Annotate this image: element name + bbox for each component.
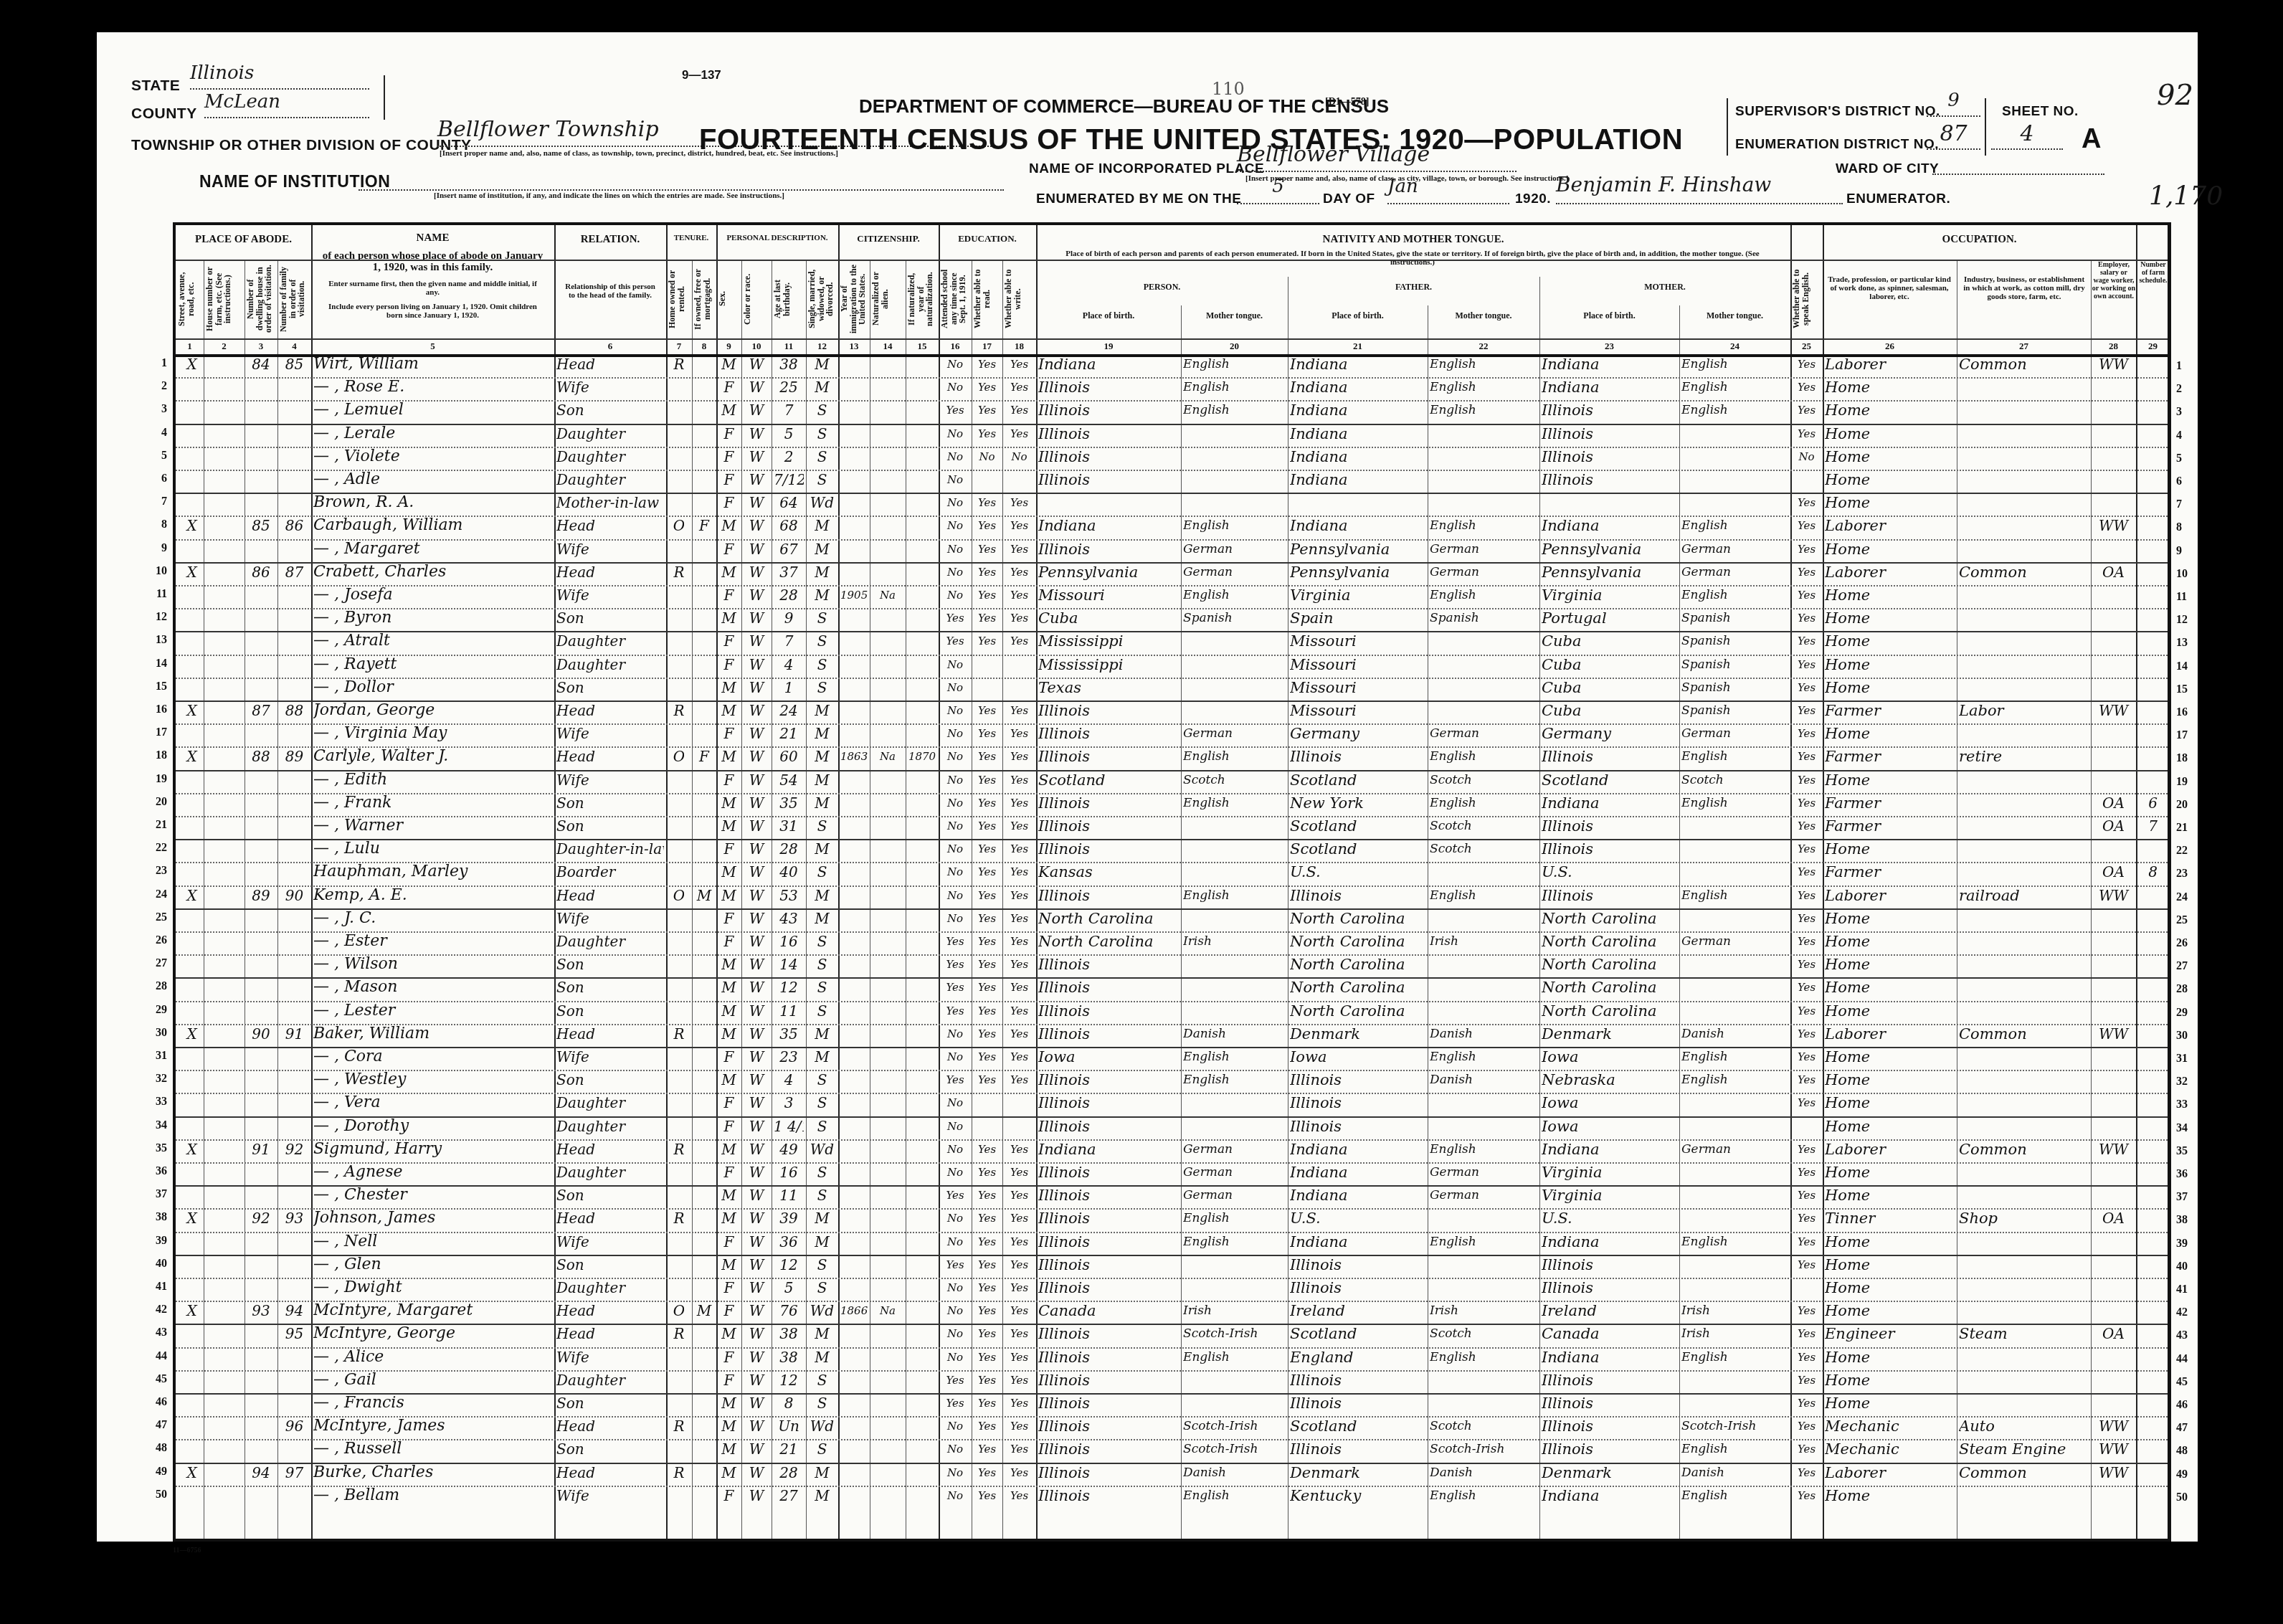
cell-natyr	[908, 491, 936, 514]
cell-ind	[1959, 653, 2089, 676]
cell-read: Yes	[974, 745, 1000, 768]
ward-value	[1932, 171, 2104, 175]
cell-pob: Iowa	[1038, 1045, 1179, 1068]
cell-mmt: Danish	[1681, 1461, 1788, 1484]
cell-family	[280, 815, 309, 837]
cell-race: W	[744, 1322, 769, 1345]
cell-occ: Home	[1825, 1045, 1955, 1068]
cell-age: 5	[774, 422, 804, 445]
cell-emp: WW	[2093, 514, 2134, 537]
cell-age: 37	[774, 561, 804, 584]
cell-eng: Yes	[1793, 1299, 1821, 1322]
cell-race: W	[744, 699, 769, 722]
cell-read: Yes	[974, 561, 1000, 584]
cell-age: 36	[774, 1230, 804, 1253]
cell-ms: M	[808, 837, 836, 860]
cell-sch: No	[941, 837, 969, 860]
cell-own	[668, 468, 690, 491]
cell-own	[668, 1068, 690, 1091]
cell-age: 23	[774, 1045, 804, 1068]
column-number: 2	[204, 341, 245, 352]
cell-sch: No	[941, 884, 969, 907]
cell-ind	[1959, 792, 2089, 815]
cell-ms: S	[808, 676, 836, 699]
cell-age: Un	[774, 1415, 804, 1438]
cell-mort	[694, 584, 714, 607]
cell-race: W	[744, 930, 769, 953]
cell-race: W	[744, 1068, 769, 1091]
cell-read: Yes	[974, 1346, 1000, 1369]
cell-imm	[840, 1253, 868, 1276]
cell-mort	[694, 1138, 714, 1161]
cell-pob: Canada	[1038, 1299, 1179, 1322]
cell-pob: Illinois	[1038, 1484, 1179, 1507]
cell-race: W	[744, 1484, 769, 1507]
cell-write: Yes	[1005, 1022, 1034, 1045]
cell-age: 12	[774, 976, 804, 999]
cell-sex: M	[718, 676, 739, 699]
cell-write: Yes	[1005, 1346, 1034, 1369]
cell-fmt: English	[1430, 745, 1537, 768]
cell-mpob: Illinois	[1542, 1253, 1677, 1276]
cell-fmt: English	[1430, 1230, 1537, 1253]
cell-family: 92	[280, 1138, 309, 1161]
cell-occ: Laborer	[1825, 1138, 1955, 1161]
column-divider	[1823, 225, 1824, 1539]
cell-emp	[2093, 399, 2134, 422]
cell-street	[180, 1115, 204, 1138]
cell-fmt: German	[1430, 1184, 1537, 1207]
cell-ms: M	[808, 884, 836, 907]
cell-eng: Yes	[1793, 1484, 1821, 1507]
cell-occ: Farmer	[1825, 745, 1955, 768]
cell-imm	[840, 630, 868, 652]
cell-age: 9	[774, 607, 804, 630]
header-nativity: NATIVITY AND MOTHER TONGUE.	[1036, 234, 1790, 246]
cell-farm	[2138, 607, 2168, 630]
cell-fpob: Illinois	[1290, 884, 1425, 907]
cell-nat	[872, 630, 903, 652]
cell-pob: Illinois	[1038, 1392, 1179, 1415]
cell-mmt: English	[1681, 1068, 1788, 1091]
cell-race: W	[744, 584, 769, 607]
cell-eng: Yes	[1793, 815, 1821, 837]
cell-name: — , Russell	[313, 1438, 552, 1461]
line-number-left: 3	[148, 403, 167, 416]
cell-fmt: Irish	[1430, 1299, 1537, 1322]
cell-imm	[840, 907, 868, 930]
cell-sex: F	[718, 1161, 739, 1184]
cell-sex: M	[718, 953, 739, 976]
cell-sex: F	[718, 1115, 739, 1138]
cell-natyr	[908, 1161, 936, 1184]
cell-farm	[2138, 1184, 2168, 1207]
cell-occ: Home	[1825, 976, 1955, 999]
cell-natyr	[908, 630, 936, 652]
cell-read: Yes	[974, 699, 1000, 722]
cell-pob: Illinois	[1038, 1415, 1179, 1438]
column-header-c7: Home owned or rented.	[668, 264, 690, 334]
cell-mmt: Spanish	[1681, 676, 1788, 699]
cell-ms: M	[808, 1045, 836, 1068]
cell-ms: M	[808, 514, 836, 537]
cell-street	[180, 422, 204, 445]
cell-dwelling	[247, 1276, 275, 1299]
cell-name: Carlyle, Walter J.	[313, 745, 552, 768]
cell-write: Yes	[1005, 722, 1034, 745]
cell-dwelling	[247, 676, 275, 699]
cell-family	[280, 1045, 309, 1068]
cell-ind	[1959, 584, 2089, 607]
cell-fmt: Danish	[1430, 1461, 1537, 1484]
cell-pob: Illinois	[1038, 1091, 1179, 1114]
cell-sex: F	[718, 1230, 739, 1253]
cell-age: 35	[774, 792, 804, 815]
line-number-right: 36	[2176, 1168, 2188, 1181]
cell-sex: M	[718, 792, 739, 815]
cell-nat	[872, 1484, 903, 1507]
cell-eng	[1793, 1276, 1821, 1299]
cell-mpob: North Carolina	[1542, 976, 1677, 999]
cell-dwelling	[247, 722, 275, 745]
enumerator-name: Benjamin F. Hinshaw	[1556, 173, 1843, 204]
cell-nat	[872, 1392, 903, 1415]
cell-dwelling	[247, 792, 275, 815]
cell-pob: Illinois	[1038, 999, 1179, 1022]
cell-ms: S	[808, 1392, 836, 1415]
cell-name: Burke, Charles	[313, 1461, 552, 1484]
cell-emp	[2093, 1184, 2134, 1207]
cell-sch: No	[941, 376, 969, 399]
cell-fpob: Illinois	[1290, 1091, 1425, 1114]
cell-rel: Son	[556, 1392, 664, 1415]
line-number-right: 22	[2176, 845, 2188, 858]
cell-race: W	[744, 676, 769, 699]
cell-street: X	[180, 561, 204, 584]
cell-mpob: Illinois	[1542, 884, 1677, 907]
cell-ind: Common	[1959, 1022, 2089, 1045]
cell-eng: Yes	[1793, 1161, 1821, 1184]
cell-sch: No	[941, 1207, 969, 1230]
cell-dwelling	[247, 630, 275, 652]
cell-pob: Illinois	[1038, 1346, 1179, 1369]
cell-race: W	[744, 1369, 769, 1392]
cell-name: — , Atralt	[313, 630, 552, 652]
cell-age: 40	[774, 860, 804, 883]
line-number-left: 16	[148, 703, 167, 716]
cell-mort	[694, 1415, 714, 1438]
column-number: 12	[806, 341, 838, 352]
cell-race: W	[744, 1138, 769, 1161]
cell-write	[1005, 1091, 1034, 1114]
cell-read: Yes	[974, 514, 1000, 537]
cell-fmt	[1430, 445, 1537, 468]
cell-name: — , Byron	[313, 607, 552, 630]
cell-fmt: English	[1430, 353, 1537, 376]
cell-mort	[694, 1045, 714, 1068]
cell-mort	[694, 999, 714, 1022]
cell-mt: English	[1183, 1230, 1286, 1253]
cell-emp: WW	[2093, 699, 2134, 722]
cell-ind	[1959, 860, 2089, 883]
cell-ms: M	[808, 1207, 836, 1230]
cell-fpob: Indiana	[1290, 1161, 1425, 1184]
cell-read: Yes	[974, 422, 1000, 445]
cell-mpob: Cuba	[1542, 699, 1677, 722]
cell-pob: Illinois	[1038, 699, 1179, 722]
cell-emp	[2093, 1484, 2134, 1507]
cell-eng: Yes	[1793, 907, 1821, 930]
cell-natyr	[908, 538, 936, 561]
cell-rel: Son	[556, 815, 664, 837]
cell-rel: Son	[556, 1253, 664, 1276]
cell-rel: Daughter	[556, 1276, 664, 1299]
header-name: NAME of each person whose place of abode…	[311, 232, 554, 320]
cell-dwelling	[247, 376, 275, 399]
cell-sch: No	[941, 491, 969, 514]
cell-pob: Illinois	[1038, 1022, 1179, 1045]
cell-mort	[694, 422, 714, 445]
cell-occ: Home	[1825, 491, 1955, 514]
cell-mmt: English	[1681, 1484, 1788, 1507]
cell-occ: Home	[1825, 930, 1955, 953]
cell-sex: F	[718, 1369, 739, 1392]
cell-write: Yes	[1005, 884, 1034, 907]
cell-mort	[694, 976, 714, 999]
cell-dwelling: 91	[247, 1138, 275, 1161]
cell-own: R	[668, 561, 690, 584]
header-tenure: TENURE.	[666, 234, 716, 242]
cell-occ: Home	[1825, 584, 1955, 607]
cell-mpob: Illinois	[1542, 1438, 1677, 1461]
cell-mort	[694, 653, 714, 676]
cell-emp: WW	[2093, 1415, 2134, 1438]
cell-own	[668, 1115, 690, 1138]
cell-occ: Home	[1825, 1392, 1955, 1415]
cell-natyr	[908, 561, 936, 584]
column-number: 5	[311, 341, 554, 352]
column-number: 4	[277, 341, 311, 352]
cell-fpob: Pennsylvania	[1290, 538, 1425, 561]
cell-mt: English	[1183, 353, 1286, 376]
cell-write: Yes	[1005, 769, 1034, 792]
cell-mt: Danish	[1183, 1022, 1286, 1045]
cell-imm: 1905	[840, 584, 868, 607]
cell-emp	[2093, 676, 2134, 699]
cell-own: R	[668, 1138, 690, 1161]
cell-fmt: English	[1430, 1138, 1537, 1161]
cell-write: Yes	[1005, 860, 1034, 883]
cell-write: Yes	[1005, 538, 1034, 561]
cell-fpob: Indiana	[1290, 399, 1425, 422]
cell-mmt: English	[1681, 745, 1788, 768]
cell-age: 8	[774, 1392, 804, 1415]
cell-mpob: Virginia	[1542, 584, 1677, 607]
cell-ind	[1959, 837, 2089, 860]
cell-family	[280, 837, 309, 860]
cell-name: — , Dollor	[313, 676, 552, 699]
cell-ind	[1959, 491, 2089, 514]
cell-ms: M	[808, 745, 836, 768]
column-number: 25	[1790, 341, 1823, 352]
cell-farm	[2138, 445, 2168, 468]
cell-natyr	[908, 1392, 936, 1415]
cell-age: 28	[774, 837, 804, 860]
cell-street	[180, 468, 204, 491]
cell-fmt: English	[1430, 792, 1537, 815]
cell-ms: M	[808, 1346, 836, 1369]
cell-eng: Yes	[1793, 930, 1821, 953]
cell-write: Yes	[1005, 1276, 1034, 1299]
cell-dwelling	[247, 860, 275, 883]
cell-sex: M	[718, 815, 739, 837]
cell-dwelling: 92	[247, 1207, 275, 1230]
line-number-left: 35	[148, 1142, 167, 1155]
header-name-desc: of each person whose place of abode on J…	[321, 250, 544, 274]
cell-farm	[2138, 584, 2168, 607]
cell-write: Yes	[1005, 1369, 1034, 1392]
cell-imm	[840, 1161, 868, 1184]
cell-write: Yes	[1005, 699, 1034, 722]
cell-ind	[1959, 930, 2089, 953]
cell-mpob: Germany	[1542, 722, 1677, 745]
cell-emp	[2093, 1115, 2134, 1138]
cell-read: Yes	[974, 1392, 1000, 1415]
line-number-right: 50	[2176, 1491, 2188, 1504]
cell-mt: German	[1183, 1161, 1286, 1184]
cell-imm	[840, 1484, 868, 1507]
cell-emp: OA	[2093, 792, 2134, 815]
cell-sex: M	[718, 1184, 739, 1207]
cell-farm	[2138, 953, 2168, 976]
cell-imm	[840, 815, 868, 837]
cell-sex: F	[718, 722, 739, 745]
cell-sex: F	[718, 468, 739, 491]
column-header-c16: Attended school any time since Sept. 1, …	[940, 264, 970, 334]
cell-ms: S	[808, 1276, 836, 1299]
cell-mort: F	[694, 745, 714, 768]
cell-farm	[2138, 1068, 2168, 1091]
cell-emp	[2093, 1091, 2134, 1114]
cell-nat	[872, 1022, 903, 1045]
cell-ind	[1959, 769, 2089, 792]
cell-pob: Scotland	[1038, 769, 1179, 792]
cell-dwelling	[247, 1045, 275, 1068]
corner-annotation: 92	[2157, 79, 2193, 112]
cell-nat	[872, 422, 903, 445]
cell-street	[180, 653, 204, 676]
cell-street	[180, 769, 204, 792]
cell-race: W	[744, 468, 769, 491]
cell-sch: No	[941, 1484, 969, 1507]
cell-pob: Indiana	[1038, 353, 1179, 376]
cell-nat	[872, 1115, 903, 1138]
cell-mort: F	[694, 514, 714, 537]
form-code: [D1—578]	[1325, 97, 1369, 108]
day-of-label: DAY OF	[1323, 191, 1375, 207]
cell-mmt: Spanish	[1681, 630, 1788, 652]
cell-mt: Scotch	[1183, 769, 1286, 792]
cell-ind	[1959, 1068, 2089, 1091]
column-number: 26	[1823, 341, 1957, 352]
cell-name: McIntyre, George	[313, 1322, 552, 1345]
cell-family	[280, 584, 309, 607]
cell-fpob: Virginia	[1290, 584, 1425, 607]
line-number-right: 42	[2176, 1306, 2188, 1319]
line-number-right: 35	[2176, 1145, 2188, 1158]
cell-ms: S	[808, 1369, 836, 1392]
line-number-right: 23	[2176, 868, 2188, 880]
cell-fmt	[1430, 1369, 1537, 1392]
cell-fpob: Illinois	[1290, 745, 1425, 768]
cell-name: — , Lulu	[313, 837, 552, 860]
cell-read: Yes	[974, 930, 1000, 953]
line-number-left: 31	[148, 1050, 167, 1063]
cell-eng: Yes	[1793, 1068, 1821, 1091]
cell-own: O	[668, 884, 690, 907]
cell-sex: F	[718, 422, 739, 445]
line-number-right: 20	[2176, 799, 2188, 812]
cell-natyr	[908, 1438, 936, 1461]
cell-fmt: Scotch	[1430, 1415, 1537, 1438]
cell-sex: M	[718, 860, 739, 883]
cell-farm	[2138, 1438, 2168, 1461]
line-number-left: 32	[148, 1073, 167, 1086]
header-person-pob: Place of birth.	[1036, 311, 1181, 320]
line-number-left: 28	[148, 980, 167, 993]
cell-farm	[2138, 1299, 2168, 1322]
cell-pob: Illinois	[1038, 1230, 1179, 1253]
cell-occ: Laborer	[1825, 1022, 1955, 1045]
cell-write: Yes	[1005, 792, 1034, 815]
line-number-right: 11	[2176, 591, 2187, 604]
column-header-c1: Street, avenue, road, etc.	[177, 264, 202, 334]
cell-mt: English	[1183, 884, 1286, 907]
cell-farm	[2138, 1253, 2168, 1276]
cell-dwelling	[247, 837, 275, 860]
cell-rel: Wife	[556, 376, 664, 399]
bracket	[1985, 98, 1990, 156]
cell-emp	[2093, 468, 2134, 491]
cell-farm	[2138, 999, 2168, 1022]
cell-imm	[840, 353, 868, 376]
cell-fmt: English	[1430, 584, 1537, 607]
cell-emp	[2093, 722, 2134, 745]
cell-street	[180, 1091, 204, 1114]
cell-sch: Yes	[941, 399, 969, 422]
cell-ind	[1959, 1276, 2089, 1299]
census-sheet: STATE Illinois COUNTY McLean TOWNSHIP OR…	[97, 32, 2198, 1542]
cell-ind: Common	[1959, 353, 2089, 376]
cell-farm	[2138, 1115, 2168, 1138]
cell-age: 21	[774, 1438, 804, 1461]
cell-family	[280, 769, 309, 792]
cell-age: 11	[774, 1184, 804, 1207]
line-number-left: 37	[148, 1188, 167, 1201]
cell-nat	[872, 837, 903, 860]
line-number-left: 8	[148, 518, 167, 531]
cell-fpob: Illinois	[1290, 1392, 1425, 1415]
cell-pob: Illinois	[1038, 1369, 1179, 1392]
cell-age: 76	[774, 1299, 804, 1322]
cell-own	[668, 1369, 690, 1392]
cell-own	[668, 676, 690, 699]
cell-farm: 8	[2138, 860, 2168, 883]
cell-emp	[2093, 1161, 2134, 1184]
line-number-left: 12	[148, 611, 167, 624]
cell-farm	[2138, 745, 2168, 768]
cell-mmt: German	[1681, 722, 1788, 745]
